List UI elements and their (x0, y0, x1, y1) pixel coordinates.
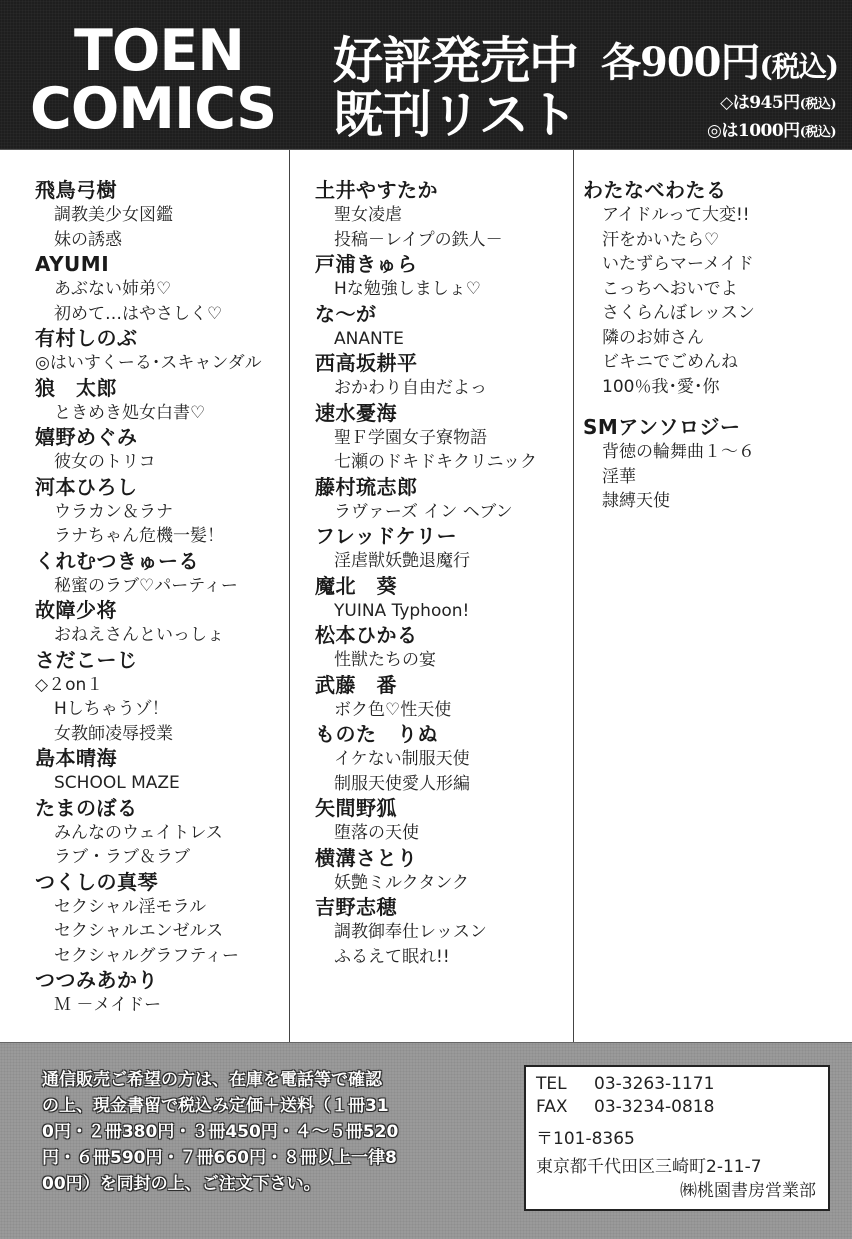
price-standard-tax: (税込) (760, 50, 839, 83)
price-diamond-tax: (税込) (800, 97, 836, 112)
book-title: みんなのウェイトレス (35, 821, 262, 846)
book-title: ふるえて眠れ!! (315, 945, 537, 970)
author-list: 飛鳥弓樹調教美少女図鑑妹の誘惑AYUMIあぶない姉弟♡初めて…はやさしく♡有村し… (35, 178, 262, 1018)
book-title: 100％我･愛･你 (583, 375, 755, 400)
book-title: 淫華 (583, 465, 755, 490)
book-title: 性獣たちの宴 (315, 648, 537, 673)
book-title: SCHOOL MAZE (35, 771, 262, 796)
author-name: さだこーじ (35, 648, 262, 673)
book-title: セクシャルグラフティー (35, 944, 262, 969)
price-standard-value: 各900円 (601, 39, 760, 86)
book-title: 調教御奉仕レッスン (315, 920, 537, 945)
order-info-panel: 通信販売ご希望の方は、在庫を電話等で確認 の上、現金書留で税込み定価＋送料（１冊… (0, 1042, 852, 1239)
book-title: 隷縛天使 (583, 489, 755, 514)
book-title: Hしちゃうゾ！ (35, 697, 262, 722)
book-title: ボク色♡性天使 (315, 698, 537, 723)
author-name: 松本ひかる (315, 623, 537, 648)
book-title: ラヴァーズ イン ヘブン (315, 500, 537, 525)
author-name: 戸浦きゅら (315, 252, 537, 277)
brand-line-1: TOEN (30, 22, 276, 80)
author-name: 故障少将 (35, 598, 262, 623)
tel-label: TEL (536, 1073, 594, 1095)
book-title: セクシャル淫モラル (35, 895, 262, 920)
author-name: 武藤 番 (315, 673, 537, 698)
tel-number: 03-3263-1171 (594, 1074, 714, 1094)
company-name: ㈱桃園書房営業部 (680, 1180, 816, 1202)
title-line-2: 既刊リスト (333, 88, 578, 142)
title-line-1: 好評発売中 (333, 34, 578, 88)
book-title: おねえさんといっしょ (35, 623, 262, 648)
author-list: 土井やすたか聖女凌虐投稿－レイプの鉄人－戸浦きゅらHな勉強しましょ♡な～がANA… (315, 178, 537, 969)
book-title: セクシャルエンゼルス (35, 919, 262, 944)
book-title: ◇２on１ (35, 673, 262, 698)
author-name: 魔北 葵 (315, 574, 537, 599)
author-name: わたなべわたる (583, 178, 755, 203)
book-title: 投稿－レイプの鉄人－ (315, 228, 537, 253)
address: 東京都千代田区三崎町2-11-7 (536, 1156, 762, 1178)
author-name: 土井やすたか (315, 178, 537, 203)
book-title: ラナちゃん危機一髪！ (35, 524, 262, 549)
tel-row: TEL03-3263-1171 (536, 1073, 714, 1095)
author-name: くれむつきゅーる (35, 549, 262, 574)
spacer (583, 399, 755, 415)
author-name: 藤村琉志郎 (315, 475, 537, 500)
page-title: 好評発売中 既刊リスト (333, 34, 578, 142)
book-title: Ｍ －メイドー (35, 993, 262, 1018)
author-name: 有村しのぶ (35, 326, 262, 351)
catalog-columns: 飛鳥弓樹調教美少女図鑑妹の誘惑AYUMIあぶない姉弟♡初めて…はやさしく♡有村し… (0, 150, 852, 1042)
author-name: 矢間野狐 (315, 796, 537, 821)
book-title: 初めて…はやさしく♡ (35, 302, 262, 327)
price-double-circle-value: ◎は1000円 (707, 121, 800, 141)
book-title: こっちへおいでよ (583, 277, 755, 302)
book-title: おかわり自由だよっ (315, 376, 537, 401)
book-title: 調教美少女図鑑 (35, 203, 262, 228)
price-double-circle: ◎は1000円(税込) (707, 120, 836, 144)
book-title: 妖艶ミルクタンク (315, 871, 537, 896)
book-title: 汗をかいたら♡ (583, 228, 755, 253)
book-title: 女教師凌辱授業 (35, 722, 262, 747)
author-name: 西高坂耕平 (315, 351, 537, 376)
postal-code: 〒101-8365 (536, 1128, 635, 1150)
book-title: さくらんぼレッスン (583, 301, 755, 326)
price-double-circle-tax: (税込) (800, 125, 836, 140)
book-title: 淫虐獣妖艶退魔行 (315, 549, 537, 574)
book-title: いたずらマーメイド (583, 252, 755, 277)
fax-row: FAX03-3234-0818 (536, 1096, 714, 1118)
brand-line-2: COMICS (30, 80, 276, 138)
price-diamond: ◇は945円(税込) (720, 92, 836, 116)
book-title: あぶない姉弟♡ (35, 277, 262, 302)
author-list: わたなべわたるアイドルって大変!!汗をかいたら♡いたずらマーメイドこっちへおいで… (583, 178, 755, 514)
author-name: 速水憂海 (315, 401, 537, 426)
book-title: ラブ・ラブ＆ラブ (35, 845, 262, 870)
author-name: ものた りぬ (315, 722, 537, 747)
catalog-column-2: 土井やすたか聖女凌虐投稿－レイプの鉄人－戸浦きゅらHな勉強しましょ♡な～がANA… (289, 150, 574, 1042)
price-standard: 各900円(税込) (601, 40, 838, 90)
author-name: 飛鳥弓樹 (35, 178, 262, 203)
book-title: YUINA Typhoon! (315, 599, 537, 624)
order-line: の上、現金書留で税込み定価＋送料（１冊31 (42, 1093, 472, 1119)
author-name: 横溝さとり (315, 846, 537, 871)
fax-number: 03-3234-0818 (594, 1097, 714, 1117)
book-title: ビキニでごめんね (583, 350, 755, 375)
fax-label: FAX (536, 1096, 594, 1118)
order-line: 00円）を同封の上、ご注文下さい。 (42, 1171, 472, 1197)
book-title: 聖女凌虐 (315, 203, 537, 228)
book-title: イケない制服天使 (315, 747, 537, 772)
author-name: 河本ひろし (35, 475, 262, 500)
author-name: つくしの真琴 (35, 870, 262, 895)
brand-logo: TOEN COMICS (30, 22, 276, 138)
book-title: 彼女のトリコ (35, 450, 262, 475)
catalog-column-3: わたなべわたるアイドルって大変!!汗をかいたら♡いたずらマーメイドこっちへおいで… (573, 150, 852, 1042)
author-name: AYUMI (35, 252, 262, 277)
order-line: 通信販売ご希望の方は、在庫を電話等で確認 (42, 1067, 472, 1093)
order-line: 円・６冊590円・７冊660円・８冊以上一律8 (42, 1145, 472, 1171)
author-name: 狼 太郎 (35, 376, 262, 401)
author-name: つつみあかり (35, 968, 262, 993)
author-name: フレッドケリー (315, 524, 537, 549)
author-name: SMアンソロジー (583, 415, 755, 440)
book-title: 背徳の輪舞曲１～６ (583, 440, 755, 465)
book-title: 七瀬のドキドキクリニック (315, 450, 537, 475)
author-name: たまのぼる (35, 796, 262, 821)
author-name: 吉野志穂 (315, 895, 537, 920)
book-title: 妹の誘惑 (35, 228, 262, 253)
book-title: ANANTE (315, 327, 537, 352)
header-banner: TOEN COMICS 好評発売中 既刊リスト 各900円(税込) ◇は945円… (0, 0, 852, 150)
book-title: 堕落の天使 (315, 821, 537, 846)
order-line: 0円・２冊380円・３冊450円・４～５冊520 (42, 1119, 472, 1145)
price-diamond-value: ◇は945円 (720, 93, 800, 113)
author-name: 嬉野めぐみ (35, 425, 262, 450)
book-title: ◎はいすくーる･スキャンダル (35, 351, 262, 376)
book-title: Hな勉強しましょ♡ (315, 277, 537, 302)
catalog-column-1: 飛鳥弓樹調教美少女図鑑妹の誘惑AYUMIあぶない姉弟♡初めて…はやさしく♡有村し… (0, 150, 289, 1042)
book-title: 聖Ｆ学園女子寮物語 (315, 426, 537, 451)
author-name: 島本晴海 (35, 746, 262, 771)
author-name: な～が (315, 302, 537, 327)
book-title: ウラカン＆ラナ (35, 500, 262, 525)
book-title: アイドルって大変!! (583, 203, 755, 228)
book-title: 隣のお姉さん (583, 326, 755, 351)
mail-order-instructions: 通信販売ご希望の方は、在庫を電話等で確認 の上、現金書留で税込み定価＋送料（１冊… (42, 1067, 472, 1197)
book-title: 秘蜜のラブ♡パーティー (35, 574, 262, 599)
contact-box: TEL03-3263-1171 FAX03-3234-0818 〒101-836… (524, 1065, 830, 1211)
book-title: ときめき処女白書♡ (35, 401, 262, 426)
book-title: 制服天使愛人形編 (315, 772, 537, 797)
